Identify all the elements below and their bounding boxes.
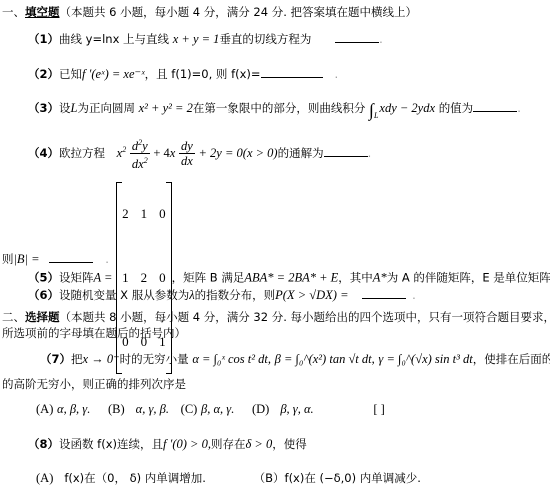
question-text: ，使得 <box>272 437 307 451</box>
answer-blank[interactable] <box>49 250 93 263</box>
option-a[interactable]: (A) f(x)在（0， δ) 内单调增加. <box>36 471 206 485</box>
question-1: （1）曲线 y=lnx 上与直线 x + y = 1垂直的切线方程为 . <box>28 30 383 47</box>
option-a[interactable]: (A) α, β, γ. <box>36 402 90 416</box>
question-text: 设 <box>59 101 71 115</box>
math-expression: ABA* = 2BA* + E <box>244 271 338 285</box>
question-text: 垂直的切线方程为 <box>219 32 311 46</box>
question-number: （3） <box>28 101 59 115</box>
section1-prefix: 一、 <box>2 5 25 19</box>
question-text: ，使排在后面的是前一个 <box>473 352 550 366</box>
question-text: 把 <box>71 352 83 366</box>
section2-desc: （本题共 8 小题，每小题 4 分，满分 32 分. 每小题给出的四个选项中，只… <box>60 310 550 324</box>
answer-blank[interactable] <box>335 30 379 43</box>
answer-blank[interactable] <box>473 99 517 112</box>
option-b[interactable]: （B）f(x)在 (−δ,0) 内单调减少. <box>254 471 421 485</box>
answer-bracket[interactable]: [ ] <box>373 402 384 416</box>
math-expression: x + y = 1 <box>173 32 220 46</box>
math-expression: P(X > √DX) = <box>275 288 348 302</box>
question-text: 为正向圆周 <box>77 101 135 115</box>
question-number: （1） <box>28 32 59 46</box>
question-text: 设随机变量 X 服从参数为 <box>59 288 189 302</box>
math-expression: δ > 0 <box>245 437 272 451</box>
question-number: （4） <box>28 146 59 160</box>
question-text: 的通解为 <box>278 146 324 160</box>
math-expression: A* <box>373 271 387 285</box>
section2-prefix: 二、 <box>2 310 25 324</box>
math-expression: f ′(0) > 0, <box>163 437 211 451</box>
question-3: （3）设L为正向圆周 x² + y² = 2在第一象限中的部分，则曲线积分 ∫L… <box>28 99 521 120</box>
question-text: 曲线 y=lnx 上与直线 <box>59 32 169 46</box>
question-7: （7）把x → 0⁺时的无穷小量 α = ∫₀ˣ cos t² dt, β = … <box>40 351 550 367</box>
question-number: （6） <box>28 288 59 302</box>
option-d[interactable]: (D) β, γ, α. <box>252 402 314 416</box>
fraction-dy-dx: dydx <box>179 139 195 168</box>
question-text: 时的无穷小量 <box>120 352 189 366</box>
question-7-cont: 的高阶无穷小，则正确的排列次序是 <box>2 376 186 392</box>
option-c[interactable]: (C) β, α, γ. <box>181 402 235 416</box>
question-text: ，矩阵 B 满足 <box>172 271 245 285</box>
question-7-options: (A) α, β, γ. (B) α, γ, β. (C) β, α, γ. (… <box>36 401 385 417</box>
question-text: 在第一象限中的部分，则曲线积分 <box>193 101 366 115</box>
math-expression: x² + y² = 2 <box>139 101 193 115</box>
fraction-d2y-dx2: d2ydx2 <box>130 136 150 171</box>
section2-header-cont: 所选项前的字母填在题后的括号内） <box>2 325 186 341</box>
question-text: 的指数分布，则 <box>195 288 276 302</box>
gamma-integral: γ = ∫₀^(√x) sin t³ dt <box>378 352 472 366</box>
question-5-cont: 则|B| = . <box>2 250 109 267</box>
question-text: ，且 f(1)=0, 则 f(x)= <box>145 67 261 81</box>
answer-blank[interactable] <box>362 286 406 299</box>
question-text: 为 A 的伴随矩阵，E 是单位矩阵， <box>387 271 550 285</box>
answer-blank[interactable] <box>324 144 368 157</box>
matrix-a: 210 120 001 <box>116 182 172 374</box>
question-number: （5） <box>28 271 59 285</box>
question-5: （5）设矩阵A = 210 120 001 ，矩阵 B 满足ABA* = 2BA… <box>28 182 550 374</box>
question-8: （8）设函数 f(x)连续，且f ′(0) > 0,则存在δ > 0，使得 <box>28 436 307 452</box>
math-expression: x → 0⁺ <box>83 352 120 366</box>
question-6: （6）设随机变量 X 服从参数为λ的指数分布，则P(X > √DX) = . <box>28 286 416 303</box>
math-expression: A = <box>94 271 113 285</box>
question-text: 的值为 <box>439 101 474 115</box>
section2-desc: 所选项前的字母填在题后的括号内） <box>2 326 186 340</box>
section1-title: 填空题 <box>25 5 60 19</box>
question-8-options: (A) f(x)在（0， δ) 内单调增加. （B）f(x)在 (−δ,0) 内… <box>36 470 421 486</box>
math-expression: xdy − 2ydx <box>379 101 435 115</box>
answer-blank[interactable] <box>261 65 323 78</box>
question-text: 设函数 f(x)连续，且 <box>59 437 163 451</box>
question-text: 已知 <box>59 67 82 81</box>
question-number: （2） <box>28 67 59 81</box>
math-expression: + 2y = 0(x > 0) <box>198 146 277 160</box>
question-number: （7） <box>40 352 71 366</box>
question-4: （4）欧拉方程 x2 d2ydx2 + 4x dydx + 2y = 0(x >… <box>28 133 371 171</box>
question-text: 的高阶无穷小，则正确的排列次序是 <box>2 377 186 391</box>
math-expression: f ′(eˣ) = xe⁻ˣ <box>82 67 145 81</box>
section1-header: 一、填空题（本题共 6 小题，每小题 4 分，满分 24 分. 把答案填在题中横… <box>2 4 417 20</box>
question-text: 设矩阵 <box>59 271 94 285</box>
option-b[interactable]: (B) α, γ, β. <box>108 402 169 416</box>
question-text: 则存在 <box>211 437 246 451</box>
section1-desc: （本题共 6 小题，每小题 4 分，满分 24 分. 把答案填在题中横线上） <box>60 5 418 19</box>
math-expression: |B| = <box>14 252 40 266</box>
question-text: ，其中 <box>338 271 373 285</box>
beta-integral: β = ∫₀^(x²) tan √t dt, <box>275 352 375 366</box>
section2-title: 选择题 <box>25 310 60 324</box>
question-number: （8） <box>28 437 59 451</box>
section2-header: 二、选择题（本题共 8 小题，每小题 4 分，满分 32 分. 每小题给出的四个… <box>2 309 550 325</box>
question-2: （2）已知f ′(eˣ) = xe⁻ˣ，且 f(1)=0, 则 f(x)=. <box>28 65 338 82</box>
question-text: 欧拉方程 <box>59 146 105 160</box>
question-text: 则 <box>2 252 14 266</box>
alpha-integral: α = ∫₀ˣ cos t² dt, <box>192 352 271 366</box>
